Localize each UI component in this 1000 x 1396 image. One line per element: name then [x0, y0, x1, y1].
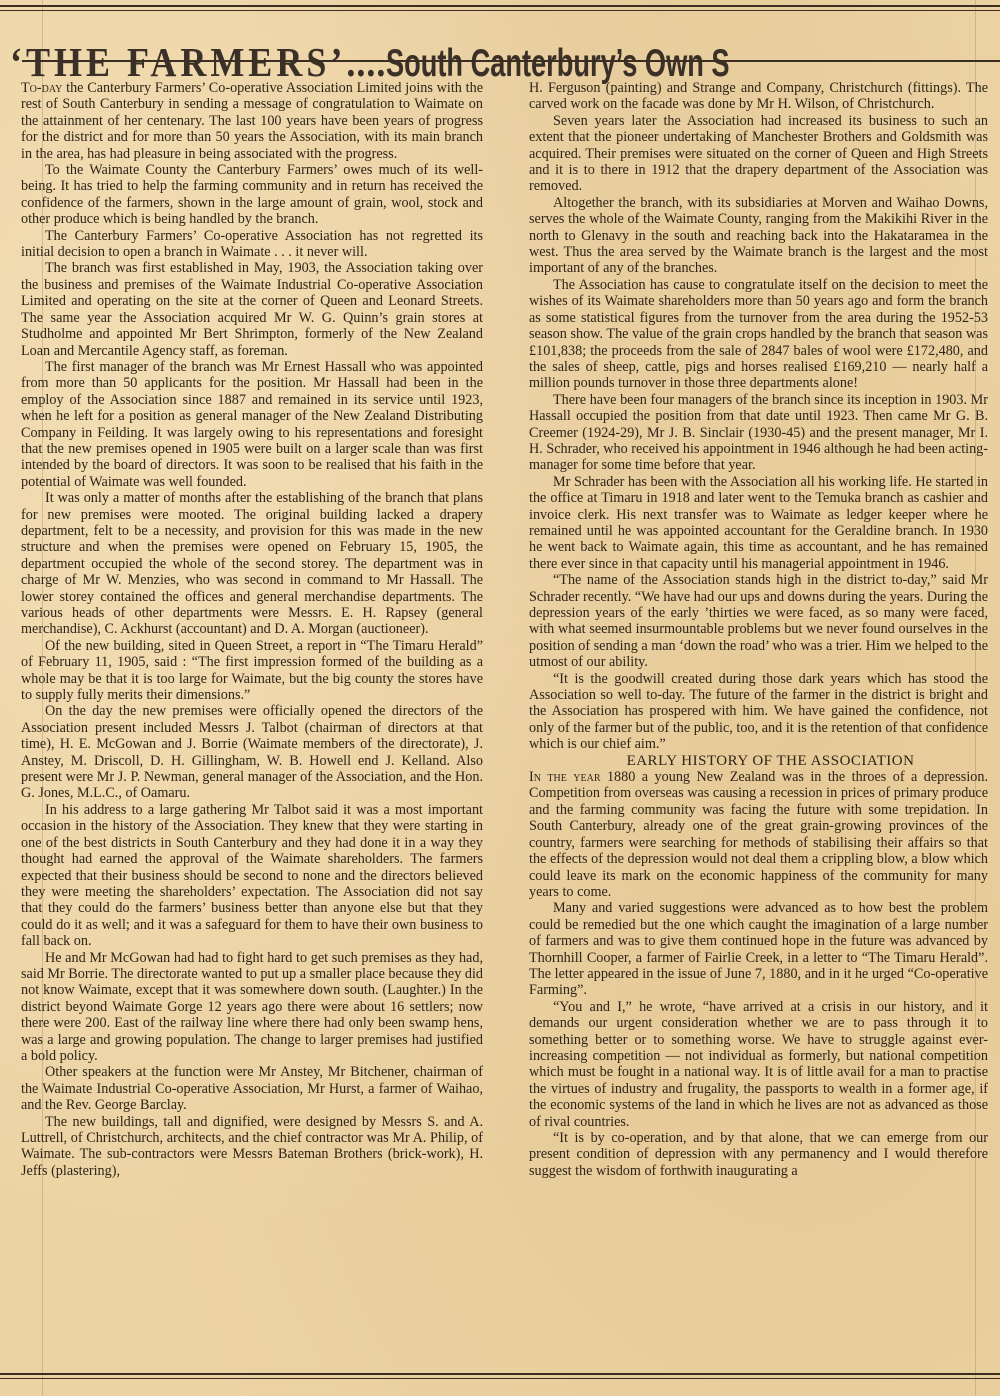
article-paragraph-continued: H. Ferguson (painting) and Strange and C… — [529, 80, 988, 113]
article-paragraph: The Association has cause to congratulat… — [529, 277, 988, 392]
article-paragraph: “It is by co-operation, and by that alon… — [529, 1130, 988, 1179]
article-paragraph: The new buildings, tall and dignified, w… — [21, 1114, 483, 1180]
bottom-border-rule-thin — [0, 1378, 1000, 1379]
article-column-left: To-day the Canterbury Farmers’ Co-operat… — [21, 80, 483, 1179]
article-paragraph: “It is the goodwill created during those… — [529, 671, 988, 753]
article-paragraph: Altogether the branch, with its subsidia… — [529, 195, 988, 277]
article-paragraph: “You and I,” he wrote, “have arrived at … — [529, 999, 988, 1130]
article-paragraph: To-day the Canterbury Farmers’ Co-operat… — [21, 80, 483, 162]
article-paragraph: In his address to a large gathering Mr T… — [21, 802, 483, 950]
headline-left: ‘THE FARMERS’ — [10, 39, 346, 85]
lead-in: To-day — [21, 80, 62, 96]
top-border-rule-thin — [0, 10, 1000, 11]
article-column-right: H. Ferguson (painting) and Strange and C… — [529, 80, 988, 1179]
headline-underline — [22, 60, 1000, 62]
article-paragraph: Other speakers at the function were Mr A… — [21, 1064, 483, 1113]
article-paragraph: Many and varied suggestions were advance… — [529, 900, 988, 998]
article-paragraph: He and Mr McGowan had had to fight hard … — [21, 950, 483, 1065]
bottom-border-rule — [0, 1373, 1000, 1375]
top-border-rule — [0, 5, 1000, 7]
article-paragraph: To the Waimate County the Canterbury Far… — [21, 162, 483, 228]
article-paragraph: In the year 1880 a young New Zealand was… — [529, 769, 988, 900]
article-paragraph: The branch was first established in May,… — [21, 260, 483, 358]
article-paragraph: “The name of the Association stands high… — [529, 572, 988, 670]
article-paragraph: Mr Schrader has been with the Associatio… — [529, 474, 988, 572]
article-paragraph: Seven years later the Association had in… — [529, 113, 988, 195]
article-paragraph: The first manager of the branch was Mr E… — [21, 359, 483, 490]
article-paragraph: There have been four managers of the bra… — [529, 392, 988, 474]
article-paragraph: On the day the new premises were officia… — [21, 703, 483, 801]
article-paragraph: It was only a matter of months after the… — [21, 490, 483, 638]
article-paragraph: Of the new building, sited in Queen Stre… — [21, 638, 483, 704]
headline-separator: .... — [346, 39, 386, 85]
lead-in: In the year — [529, 769, 601, 785]
article-paragraph: The Canterbury Farmers’ Co-operative Ass… — [21, 228, 483, 261]
section-subheading: EARLY HISTORY OF THE ASSOCIATION — [529, 753, 988, 769]
